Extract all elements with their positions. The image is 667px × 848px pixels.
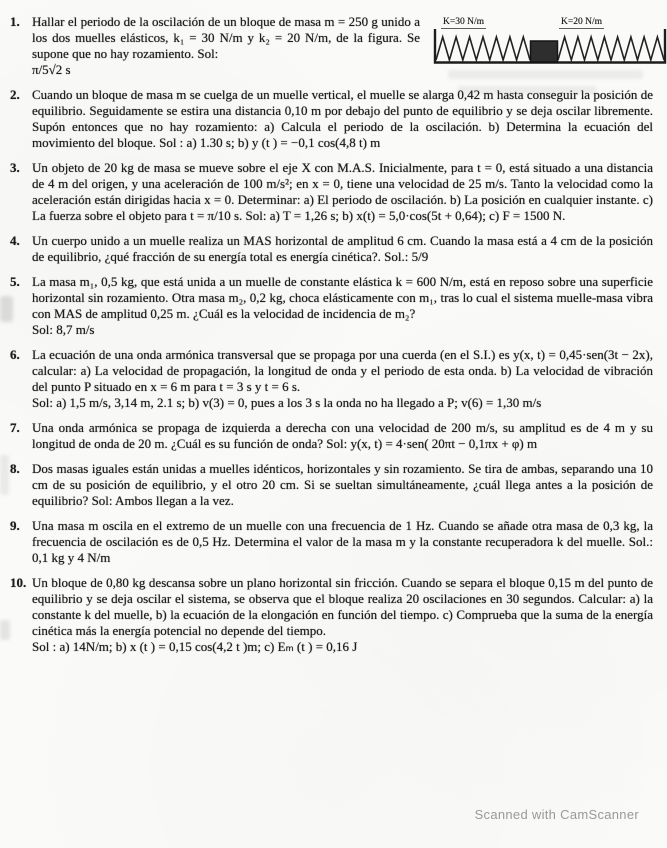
problem-text: Dos masas iguales están unidas a muelles… [32,461,657,509]
problem-item-4: 4. Un cuerpo unido a un muelle realiza u… [8,233,657,265]
problem-item-1: 1. Hallar el periodo de la oscilación de… [8,14,657,78]
problem-item-3: 3. Un objeto de 20 kg de masa se mueve s… [8,160,657,224]
scanned-page: 1. Hallar el periodo de la oscilación de… [0,0,667,848]
camscanner-watermark: Scanned with CamScanner [475,807,639,822]
right-spring-icon [558,37,664,60]
problem-number: 3. [8,160,32,224]
problem-number: 7. [8,420,32,452]
problem-item-9: 9. Una masa m oscila en el extremo de un… [8,518,657,566]
problem-text: Un cuerpo unido a un muelle realiza un M… [32,233,657,265]
problem-text: Cuando un bloque de masa m se cuelga de … [32,87,657,151]
problem-text: Una masa m oscila en el extremo de un mu… [32,518,657,566]
problem-number: 5. [8,274,32,338]
problem-text: Una onda armónica se propaga de izquierd… [32,420,657,452]
problem-number: 2. [8,87,32,151]
problem-item-6: 6. La ecuación de una onda armónica tran… [8,347,657,411]
problem-text: Un objeto de 20 kg de masa se mueve sobr… [32,160,657,224]
mass-block [531,41,558,62]
problem-number: 8. [8,461,32,509]
problem-number: 6. [8,347,32,411]
problem-item-5: 5. La masa m₁, 0,5 kg, que está unida a … [8,274,657,338]
left-spring-icon [436,37,530,60]
problem-item-8: 8. Dos masas iguales están unidas a muel… [8,461,657,509]
problem-number: 10. [8,575,32,655]
problem-text: Un bloque de 0,80 kg descansa sobre un p… [32,575,657,655]
problem-text: La ecuación de una onda armónica transve… [32,347,657,411]
left-spring-label: K=30 N/m [441,17,486,29]
problem-text: La masa m₁, 0,5 kg, que está unida a un … [32,274,657,338]
problem-item-7: 7. Una onda armónica se propaga de izqui… [8,420,657,452]
problem-text: Hallar el periodo de la oscilación de un… [32,14,424,78]
spring-mass-diagram: K=30 N/m K=20 N/m [431,16,667,72]
problem-number: 9. [8,518,32,566]
problem-number: 1. [8,14,32,78]
problem-number: 4. [8,233,32,265]
right-spring-label: K=20 N/m [559,17,604,29]
problem-item-10: 10. Un bloque de 0,80 kg descansa sobre … [8,575,657,655]
problem-item-2: 2. Cuando un bloque de masa m se cuelga … [8,87,657,151]
